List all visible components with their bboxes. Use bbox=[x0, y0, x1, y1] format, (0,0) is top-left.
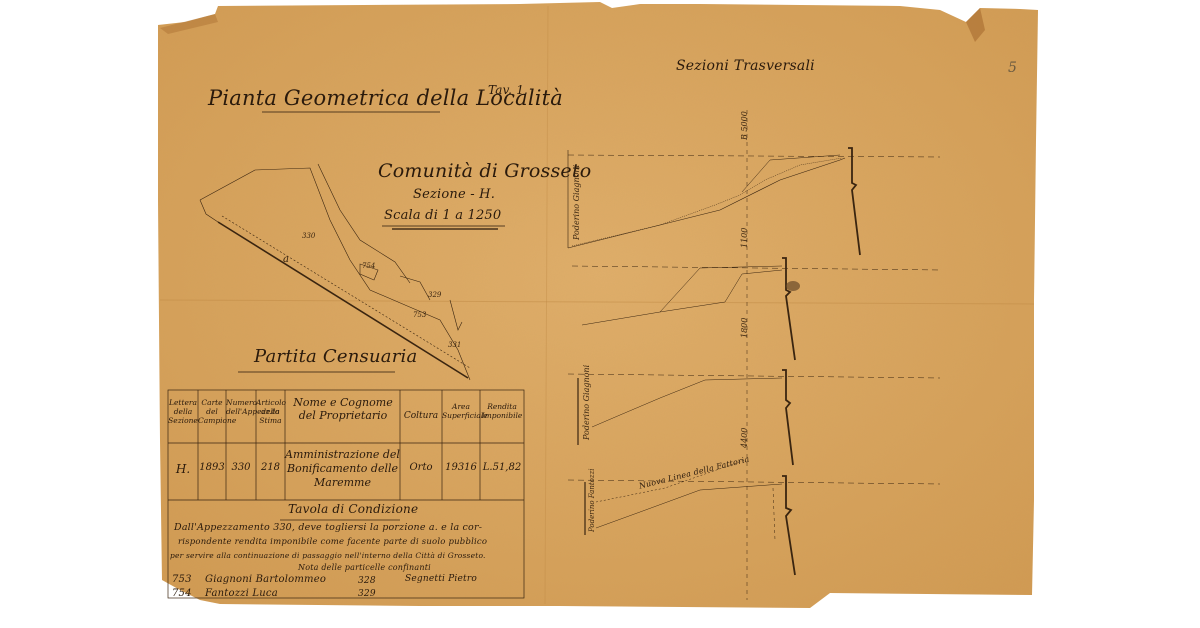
community-name: Comunità di Grosseto bbox=[378, 160, 591, 182]
cell-area: 19316 bbox=[442, 462, 480, 473]
column-header: Lettera della Sezione bbox=[168, 398, 198, 425]
neighbor-extra: Segnetti Pietro bbox=[405, 574, 477, 584]
aged-paper bbox=[0, 0, 1200, 628]
column-header: Area Superficiale bbox=[442, 402, 480, 420]
page-number-mark: 5 bbox=[1008, 60, 1017, 76]
neighbor-parcel: 329 bbox=[358, 589, 376, 599]
partita-title: Partita Censuaria bbox=[254, 346, 417, 367]
column-header: Nome e Cognome del Proprietario bbox=[288, 396, 398, 422]
section-axis-label: 1800 bbox=[740, 318, 749, 338]
sections-title: Sezioni Trasversali bbox=[676, 58, 815, 74]
column-header: Numero dell'Appezz.to bbox=[226, 398, 256, 416]
scale-label: Scala di 1 a 1250 bbox=[384, 208, 501, 223]
cell-rendita: L.51,82 bbox=[480, 462, 524, 473]
section-label: Sezione - H. bbox=[413, 187, 495, 202]
cell-proprietario: Amministrazione del Bonificamento delle … bbox=[285, 448, 400, 490]
section-axis-label: 1100 bbox=[740, 228, 749, 248]
cell-coltura: Orto bbox=[400, 462, 442, 473]
conditions-line: Dall'Appezzamento 330, deve togliersi la… bbox=[174, 522, 482, 533]
document-sheet: Pianta Geometrica della Località Tav. 1.… bbox=[0, 0, 1200, 628]
cell-articolo: 218 bbox=[256, 462, 285, 473]
column-header: Articolo della Stima bbox=[256, 398, 285, 425]
parcel-number: 331 bbox=[448, 341, 461, 349]
cell-numero: 330 bbox=[226, 462, 256, 473]
section-side-label: Poderino Fantozzi bbox=[588, 468, 596, 532]
neighbor-number: 754 bbox=[172, 588, 192, 599]
cell-sezione: H. bbox=[168, 462, 198, 476]
parcel-number: 330 bbox=[302, 232, 315, 240]
column-header: Carte del Campione bbox=[198, 398, 226, 425]
section-side-label: Poderino Giagnoni bbox=[582, 365, 591, 440]
conditions-line: per servire alla continuazione di passag… bbox=[170, 551, 486, 560]
conditions-line: rispondente rendita imponibile come face… bbox=[178, 537, 487, 547]
section-side-label: Poderino Giagnoni bbox=[572, 165, 581, 240]
neighbor-name: Giagnoni Bartolommeo bbox=[205, 574, 326, 585]
sheet-label: Tav. 1. bbox=[488, 83, 528, 97]
neighbor-number: 753 bbox=[172, 574, 192, 585]
conditions-title: Tavola di Condizione bbox=[288, 502, 418, 516]
neighbor-parcel: 328 bbox=[358, 576, 376, 586]
column-header: Rendita Imponibile bbox=[480, 402, 524, 420]
parcel-number: 754 bbox=[362, 262, 375, 270]
column-header: Coltura bbox=[400, 412, 442, 421]
cell-carte: 1893 bbox=[198, 462, 226, 473]
neighbor-name: Fantozzi Luca bbox=[205, 588, 278, 599]
parcel-number: 753 bbox=[413, 311, 426, 319]
neighbors-title: Nota delle particelle confinanti bbox=[298, 563, 431, 572]
parcel-number: 329 bbox=[428, 291, 441, 299]
section-axis-label: 4400 bbox=[740, 428, 749, 448]
parcel-mark: a bbox=[283, 254, 289, 265]
section-axis-label: B 5000 bbox=[740, 111, 749, 140]
